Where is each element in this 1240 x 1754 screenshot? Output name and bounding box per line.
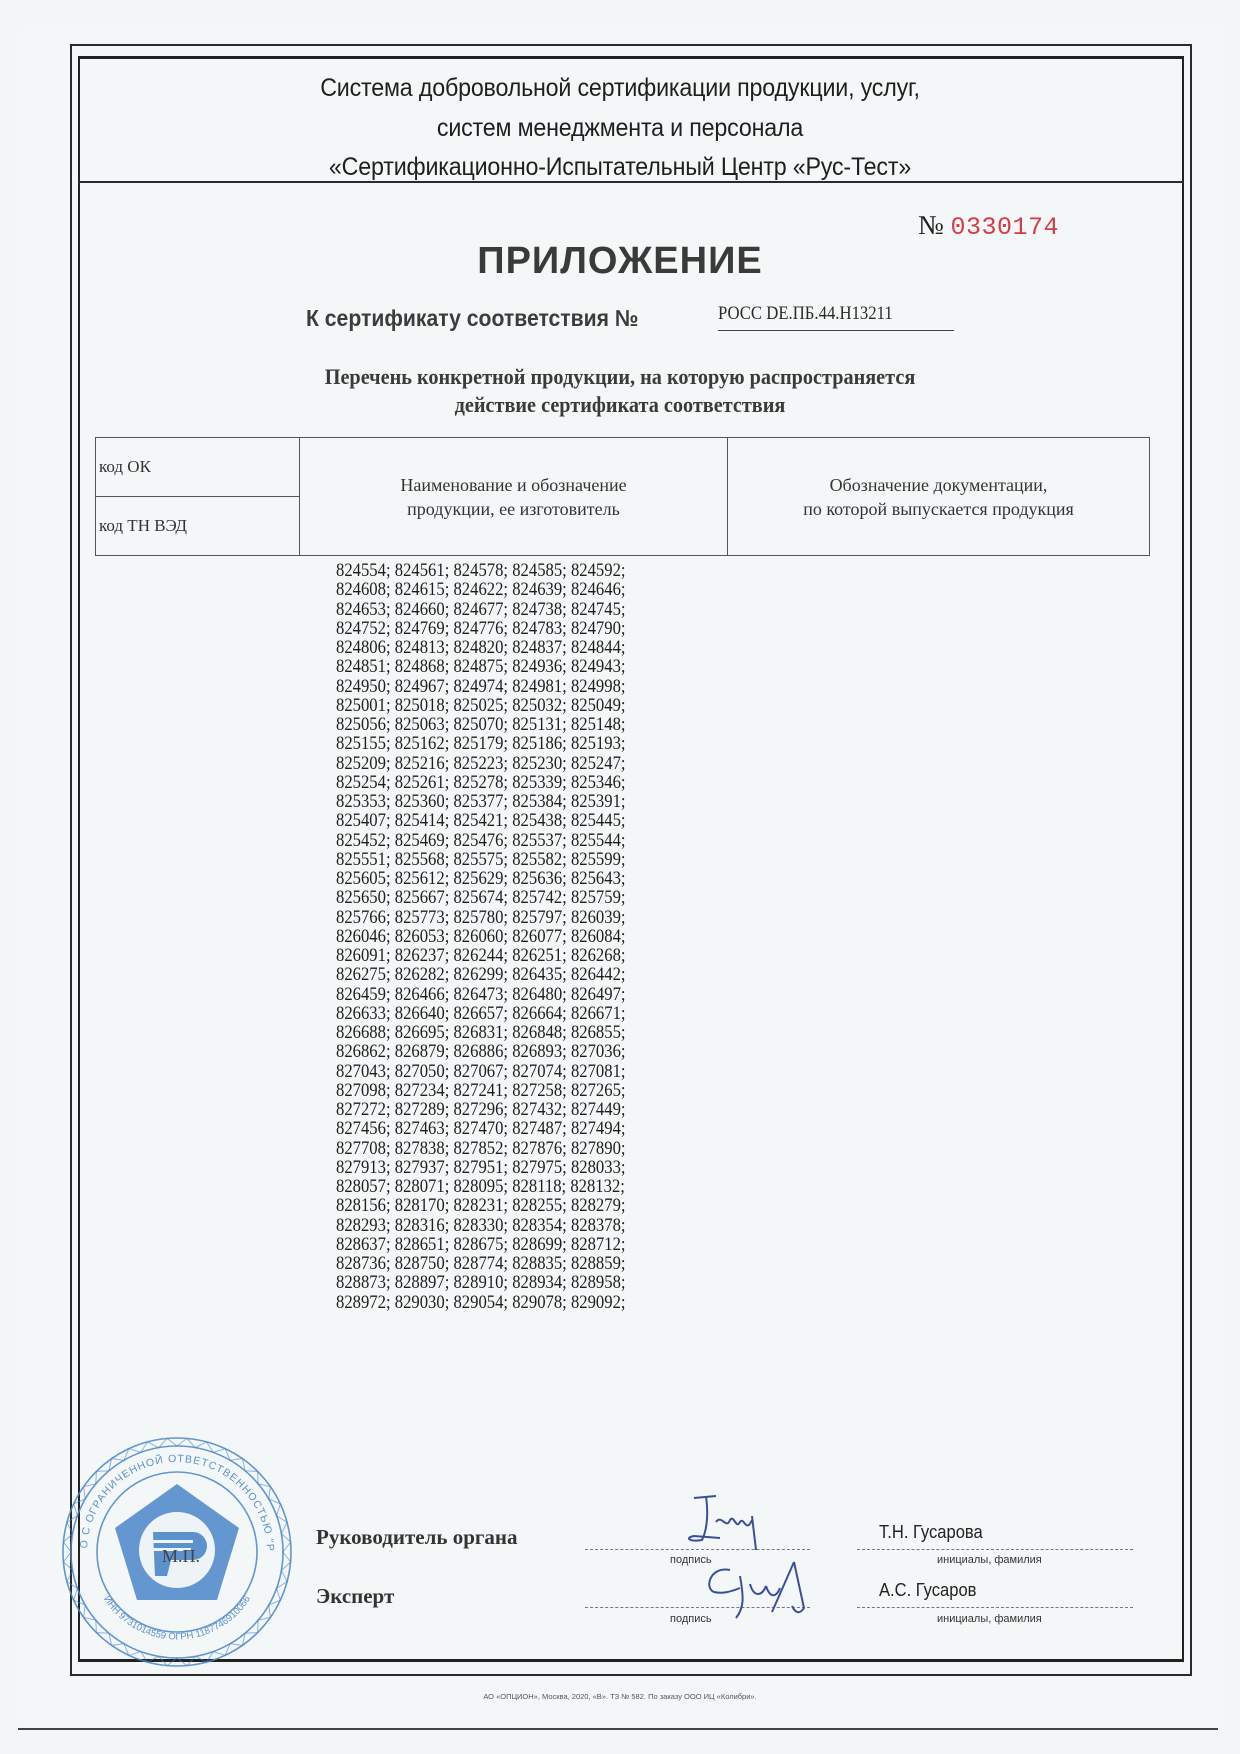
product-code-line: 828156; 828170; 828231; 828255; 828279;: [336, 1197, 626, 1216]
certificate-ref-underline: [718, 330, 954, 331]
product-code-line: 824608; 824615; 824622; 824639; 824646;: [336, 581, 626, 600]
inner-frame: [78, 56, 1184, 1662]
form-number: № 0330174: [918, 210, 1059, 242]
product-code-line: 825001; 825018; 825025; 825032; 825049;: [336, 697, 626, 716]
product-code-line: 826459; 826466; 826473; 826480; 826497;: [336, 986, 626, 1005]
product-code-line: 828873; 828897; 828910; 828934; 828958;: [336, 1274, 626, 1293]
product-code-line: 825452; 825469; 825476; 825537; 825544;: [336, 832, 626, 851]
product-code-line: 826046; 826053; 826060; 826077; 826084;: [336, 928, 626, 947]
product-code-line: 826275; 826282; 826299; 826435; 826442;: [336, 966, 626, 985]
header-line-3: «Сертификационно-Испытательный Центр «Ру…: [43, 153, 1196, 182]
page-title: ПРИЛОЖЕНИЕ: [0, 240, 1240, 283]
product-code-line: 827456; 827463; 827470; 827487; 827494;: [336, 1120, 626, 1139]
head-role-label: Руководитель органа: [316, 1525, 518, 1550]
product-code-line: 828736; 828750; 828774; 828835; 828859;: [336, 1255, 626, 1274]
product-code-line: 824851; 824868; 824875; 824936; 824943;: [336, 658, 626, 677]
product-code-line: 827043; 827050; 827067; 827074; 827081;: [336, 1063, 626, 1082]
expert-handwritten-signature-icon: [700, 1558, 850, 1628]
product-code-line: 827913; 827937; 827951; 827975; 828033;: [336, 1159, 626, 1178]
product-code-line: 824950; 824967; 824974; 824981; 824998;: [336, 678, 626, 697]
product-code-list: 824554; 824561; 824578; 824585; 824592;8…: [336, 562, 626, 1313]
expert-name-line: [857, 1607, 1133, 1608]
code-ok-header: код ОК: [96, 438, 300, 497]
expert-name-caption: инициалы, фамилия: [937, 1613, 1042, 1625]
svg-text:ИНН 9731014559 ОГРН 1187746910: ИНН 9731014559 ОГРН 1187746910066: [101, 1594, 253, 1643]
product-code-line: 824752; 824769; 824776; 824783; 824790;: [336, 620, 626, 639]
head-name: Т.Н. Гусарова: [879, 1522, 983, 1543]
product-code-line: 827098; 827234; 827241; 827258; 827265;: [336, 1082, 626, 1101]
subtitle-line-2: действие сертификата соответствия: [50, 392, 1191, 418]
header-line-1: Система добровольной сертификации продук…: [43, 74, 1196, 103]
organization-stamp: ОБЩЕСТВО С ОГРАНИЧЕННОЙ ОТВЕТСТВЕННОСТЬЮ…: [57, 1432, 297, 1672]
product-code-line: 825254; 825261; 825278; 825339; 825346;: [336, 774, 626, 793]
product-code-line: 826633; 826640; 826657; 826664; 826671;: [336, 1005, 626, 1024]
certificate-ref-label: К сертификату соответствия №: [306, 305, 638, 332]
product-code-line: 828057; 828071; 828095; 828118; 828132;: [336, 1178, 626, 1197]
print-footer: АО «ОПЦИОН», Москва, 2020, «В». ТЗ № 582…: [0, 1692, 1240, 1701]
product-code-line: 825155; 825162; 825179; 825186; 825193;: [336, 735, 626, 754]
product-name-header-line-2: продукции, ее изготовитель: [300, 497, 727, 521]
product-code-line: 827708; 827838; 827852; 827876; 827890;: [336, 1140, 626, 1159]
documentation-header-line-2: по которой выпускается продукция: [728, 497, 1149, 521]
documentation-header: Обозначение документации, по которой вып…: [728, 438, 1150, 556]
expert-role-label: Эксперт: [316, 1584, 394, 1609]
product-code-line: 824806; 824813; 824820; 824837; 824844;: [336, 639, 626, 658]
page-bottom-rule: [18, 1728, 1218, 1730]
product-code-line: 825209; 825216; 825223; 825230; 825247;: [336, 755, 626, 774]
product-code-line: 825551; 825568; 825575; 825582; 825599;: [336, 851, 626, 870]
product-name-header-line-1: Наименование и обозначение: [300, 473, 727, 497]
product-code-line: 824554; 824561; 824578; 824585; 824592;: [336, 562, 626, 581]
header-line-2: систем менеджмента и персонала: [43, 114, 1196, 143]
product-code-line: 825056; 825063; 825070; 825131; 825148;: [336, 716, 626, 735]
form-number-value: 0330174: [951, 213, 1060, 242]
product-code-line: 826862; 826879; 826886; 826893; 827036;: [336, 1043, 626, 1062]
product-name-header: Наименование и обозначение продукции, ее…: [300, 438, 728, 556]
head-name-caption: инициалы, фамилия: [937, 1554, 1042, 1566]
product-code-line: 825650; 825667; 825674; 825742; 825759;: [336, 889, 626, 908]
products-table-header: код ОК Наименование и обозначение продук…: [95, 437, 1150, 556]
number-sign: №: [918, 210, 944, 240]
header-divider: [78, 181, 1184, 183]
product-code-line: 826091; 826237; 826244; 826251; 826268;: [336, 947, 626, 966]
stamp-seal-label: М.П.: [162, 1546, 200, 1566]
certificate-ref-value: РОСС DE.ПБ.44.Н13211: [718, 303, 893, 325]
product-code-line: 824653; 824660; 824677; 824738; 824745;: [336, 601, 626, 620]
product-code-line: 825353; 825360; 825377; 825384; 825391;: [336, 793, 626, 812]
code-tnved-header: код ТН ВЭД: [96, 497, 300, 556]
expert-name: А.С. Гусаров: [879, 1580, 976, 1601]
documentation-header-line-1: Обозначение документации,: [728, 473, 1149, 497]
product-code-line: 828637; 828651; 828675; 828699; 828712;: [336, 1236, 626, 1255]
product-code-line: 828972; 829030; 829054; 829078; 829092;: [336, 1294, 626, 1313]
head-name-line: [857, 1549, 1133, 1550]
product-code-line: 825766; 825773; 825780; 825797; 826039;: [336, 909, 626, 928]
subtitle-line-1: Перечень конкретной продукции, на котору…: [50, 364, 1191, 390]
stamp-ring-bottom-text: ИНН 9731014559 ОГРН 1187746910066: [101, 1594, 253, 1643]
product-code-line: 827272; 827289; 827296; 827432; 827449;: [336, 1101, 626, 1120]
product-code-line: 825407; 825414; 825421; 825438; 825445;: [336, 812, 626, 831]
product-code-line: 826688; 826695; 826831; 826848; 826855;: [336, 1024, 626, 1043]
product-code-line: 825605; 825612; 825629; 825636; 825643;: [336, 870, 626, 889]
product-code-line: 828293; 828316; 828330; 828354; 828378;: [336, 1217, 626, 1236]
